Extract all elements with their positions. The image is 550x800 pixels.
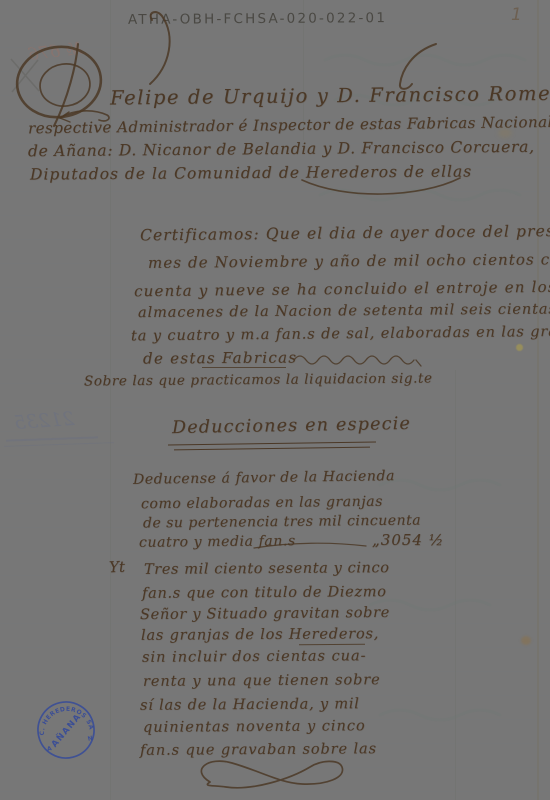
heading-underline: [168, 442, 376, 446]
deduction2-line-3: Señor y Situado gravitan sobre: [140, 605, 390, 623]
closing-flourish: [190, 756, 350, 792]
foxing-stain: [516, 344, 523, 351]
deduction2-line-1: Tres mil ciento sesenta y cinco: [144, 560, 390, 578]
deduction2-line-4: las granjas de los Herederos,: [141, 626, 379, 644]
swash-flourish: [138, 8, 178, 86]
amount-leader-flourish: [252, 540, 368, 552]
header-line-1: Felipe de Urquijo y D. Francisco Romero,: [110, 82, 550, 110]
bleedthrough-margin-number: 21235: [13, 408, 75, 434]
stamp-side-letter-left: A: [46, 745, 53, 753]
certification-line-4: almacenes de la Nacion de setenta mil se…: [138, 301, 550, 321]
certification-line-5: ta y cuatro y m.a fan.s de sal, elaborad…: [131, 324, 550, 345]
deduction1-line-3: de su pertenencia tres mil cincuenta: [143, 513, 421, 532]
section-heading: Deducciones en especie: [172, 414, 411, 438]
heading-underline-2: [174, 447, 370, 451]
deduction1-line-2: como elaboradas en las granjas: [141, 494, 383, 513]
certification-line-2: mes de Noviembre y año de mil ocho cient…: [148, 250, 550, 272]
manuscript-page: № 676 21235 ATHA-OBH-FCHSA-020-022-01 1 …: [0, 0, 550, 800]
deduction2-line-5: sin incluir dos cientas cua-: [142, 648, 367, 666]
certification-line-6: de estas Fabricas: [143, 348, 297, 367]
foxing-stain: [521, 636, 531, 645]
certification-line-1: Certificamos: Que el dia de ayer doce de…: [140, 222, 550, 245]
header-end-flourish: [300, 176, 465, 202]
deduction1-amount: „3054 ½: [372, 531, 444, 549]
bleedthrough-underline: [4, 442, 114, 447]
certification-line-3: cuenta y nueve se ha concluido el entroj…: [134, 278, 550, 300]
liquidation-line: Sobre las que practicamos la liquidacion…: [84, 370, 433, 389]
deduction2-line-6: renta y una que tienen sobre: [143, 672, 381, 690]
deduction2-line-2: fan.s que con titulo de Diezmo: [142, 584, 387, 602]
bleedthrough-underline: [6, 436, 98, 441]
foxing-stain: [498, 128, 512, 138]
deduction2-marker: Yt: [109, 558, 126, 577]
folio-number: 1: [511, 5, 522, 25]
fabricas-underline: [202, 367, 286, 368]
filler-squiggle: [292, 351, 428, 367]
deduction2-line-7: sí las de la Hacienda, y mil: [140, 696, 360, 714]
deduction2-line-8: quinientas noventa y cinco: [143, 718, 366, 736]
community-stamp: C. HEREDEROS SALINAS AÑANA A N: [27, 691, 105, 769]
